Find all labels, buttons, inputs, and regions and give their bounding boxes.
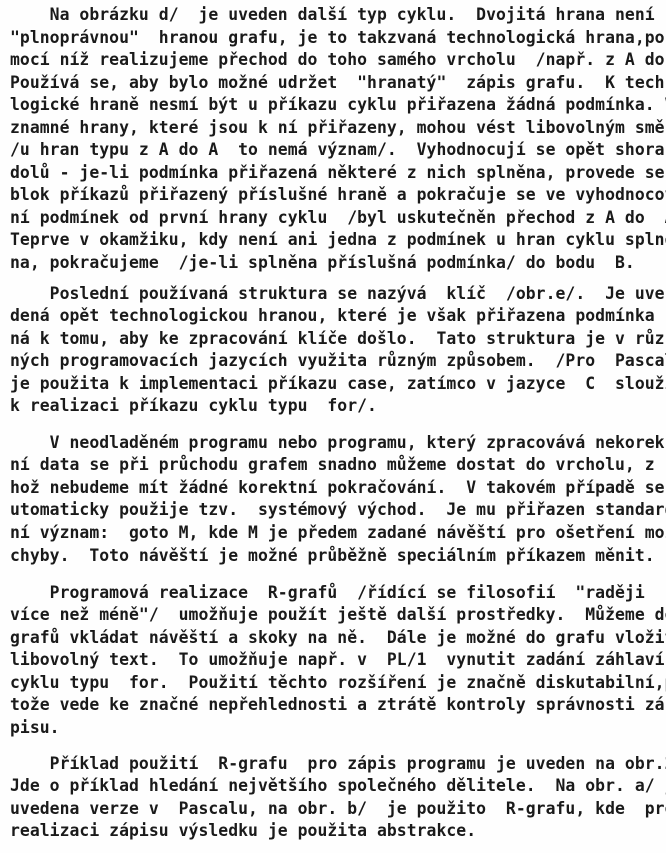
text-line: utomaticky použije tzv. systémový východ… <box>10 501 666 519</box>
text-line: dená opět technologickou hranou, které j… <box>10 307 666 325</box>
text-line: V neodladěném programu nebo programu, kt… <box>10 434 666 452</box>
text-line: Používá se, aby bylo možné udržet "hrana… <box>10 74 666 92</box>
text-line: na, pokračujeme /je-li splněna příslušná… <box>10 254 635 272</box>
text-line: Programová realizace R-grafů /řídící se … <box>10 584 645 602</box>
text-line: Jde o příklad hledání největšího společn… <box>10 777 666 795</box>
text-line: tože vede ke značné nepřehlednosti a ztr… <box>10 696 666 714</box>
text-line: logické hraně nesmí být u příkazu cyklu … <box>10 96 666 114</box>
text-line: znamné hrany, které jsou k ní přiřazeny,… <box>10 119 666 137</box>
text-line: dolů - je-li podmínka přiřazená některé … <box>10 164 665 182</box>
text-line: ní význam: goto M, kde M je předem zadan… <box>10 524 666 542</box>
text-line: ní podmínek od první hrany cyklu /byl us… <box>10 209 666 227</box>
text-line: ná k tomu, aby ke zpracování klíče došlo… <box>10 330 666 348</box>
text-line: pisu. <box>10 719 60 737</box>
text-line: více než méně"/ umožňuje použít ještě da… <box>10 606 666 624</box>
text-line: grafů vkládat návěští a skoky na ně. Dál… <box>10 629 666 647</box>
text-line: je použita k implementaci příkazu case, … <box>10 375 666 393</box>
text-line: chyby. Toto návěští je možné průběžně sp… <box>10 547 655 565</box>
typewritten-page: Na obrázku d/ je uveden další typ cyklu.… <box>0 0 666 853</box>
text-line: Na obrázku d/ je uveden další typ cyklu.… <box>10 6 655 24</box>
text-line: uvedena verze v Pascalu, na obr. b/ je p… <box>10 800 666 818</box>
text-line: libovolný text. To umožňuje např. v PL/1… <box>10 651 665 669</box>
text-line: blok příkazů přiřazený příslušné hraně a… <box>10 186 666 204</box>
text-line: k realizaci příkazu cyklu typu for/. <box>10 397 377 415</box>
text-line: ní data se při průchodu grafem snadno mů… <box>10 456 666 474</box>
text-line: "plnoprávnou" hranou grafu, je to takzva… <box>10 29 666 47</box>
text-line: realizaci zápisu výsledku je použita abs… <box>10 822 476 840</box>
text-line: Příklad použití R-grafu pro zápis progra… <box>10 755 666 773</box>
text-line: hož nebudeme mít žádné korektní pokračov… <box>10 479 666 497</box>
text-line: /u hran typu z A do A to nemá význam/. V… <box>10 141 665 159</box>
text-line: mocí níž realizujeme přechod do toho sam… <box>10 51 666 69</box>
text-line: Teprve v okamžiku, kdy není ani jedna z … <box>10 231 666 249</box>
text-line: cyklu typu for. Použití těchto rozšíření… <box>10 674 666 692</box>
text-line: Poslední používaná struktura se nazývá k… <box>10 285 666 303</box>
text-line: ných programovacích jazycích využita růz… <box>10 352 666 370</box>
